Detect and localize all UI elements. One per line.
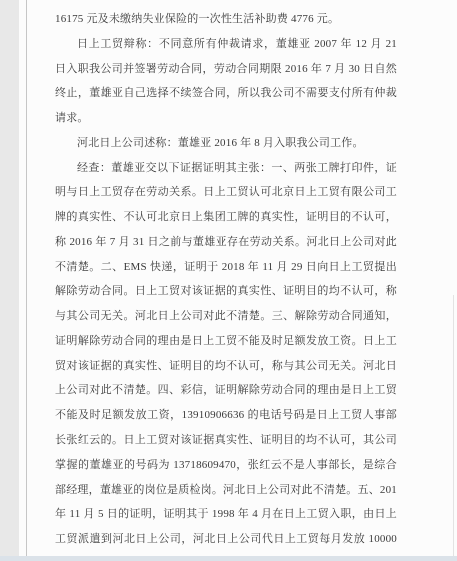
text-line: 称 2016 年 7 月 31 日之前与董雄亚存在劳动关系。河北日上公司对此 [55, 230, 397, 255]
scanned-document-page: 16175 元及未缴纳失业保险的一次性生活补助费 4776 元。日上工贸辩称：不… [0, 0, 457, 561]
text-line: 解除劳动合同。日上工贸对该证据的真实性、证明目的均不认可，称 [55, 279, 397, 304]
text-line: 终止，董雄亚自己选择不续签合同，所以我公司不需要支付所有仲裁 [55, 81, 397, 106]
text-line: 16175 元及未缴纳失业保险的一次性生活补助费 4776 元。 [55, 7, 397, 32]
page-edge-line [26, 0, 27, 561]
text-line: 日上工贸辩称：不同意所有仲裁请求，董雄亚 2007 年 12 月 21 [55, 32, 397, 57]
text-line: 牌的真实性、不认可北京日上集团工牌的真实性，证明目的不认可， [55, 205, 397, 230]
text-line: 与其公司无关。河北日上公司对此不清楚。三、解除劳动合同通知， [55, 304, 397, 329]
text-line: 长张红云的。日上工贸对该证据真实性、证明目的均不认可，其公司 [55, 428, 397, 453]
document-text-body: 16175 元及未缴纳失业保险的一次性生活补助费 4776 元。日上工贸辩称：不… [55, 7, 397, 552]
text-line: 明与日上工贸存在劳动关系。日上工贸认可北京日上工贸有限公司工 [55, 180, 397, 205]
text-line: 工贸派遣到河北日上公司，河北日上公司代日上工贸每月发放 10000 [55, 527, 397, 552]
scan-left-margin-strip [0, 0, 19, 561]
text-line: 掌握的董雄亚的号码为 13718609470，张红云不是人事部长，是综合 [55, 453, 397, 478]
scan-bottom-edge-strip [0, 556, 457, 561]
text-line: 请求。 [55, 106, 397, 131]
text-line: 部经理，董雄亚的岗位是质检岗。河北日上公司对此不清楚。五、2018 [55, 478, 397, 503]
text-line: 不能及时足额发放工资，13910906636 的电话号码是日上工贸人事部 [55, 403, 397, 428]
text-line: 经查：董雄亚交以下证据证明其主张：一、两张工牌打印件，证 [55, 156, 397, 181]
text-line: 不清楚。二、EMS 快递，证明于 2018 年 11 月 29 日向日上工贸提出 [55, 255, 397, 280]
text-line: 年 11 月 5 日的证明，证明其于 1998 年 4 月在日上工贸入职，由日上 [55, 502, 397, 527]
text-line: 贸对该证据的真实性、证明目的均不认可，称与其公司无关。河北日 [55, 354, 397, 379]
page-right-edge-line [453, 295, 454, 561]
text-line: 河北日上公司述称：董雄亚 2016 年 8 月入职我公司工作。 [55, 131, 397, 156]
text-line: 日入职我公司并签署劳动合同，劳动合同期限 2016 年 7 月 30 日自然 [55, 57, 397, 82]
text-line: 上公司对此不清楚。四、彩信，证明解除劳动合同的理由是日上工贸 [55, 378, 397, 403]
text-line: 证明解除劳动合同的理由是日上工贸不能及时足额发放工资。日上工 [55, 329, 397, 354]
